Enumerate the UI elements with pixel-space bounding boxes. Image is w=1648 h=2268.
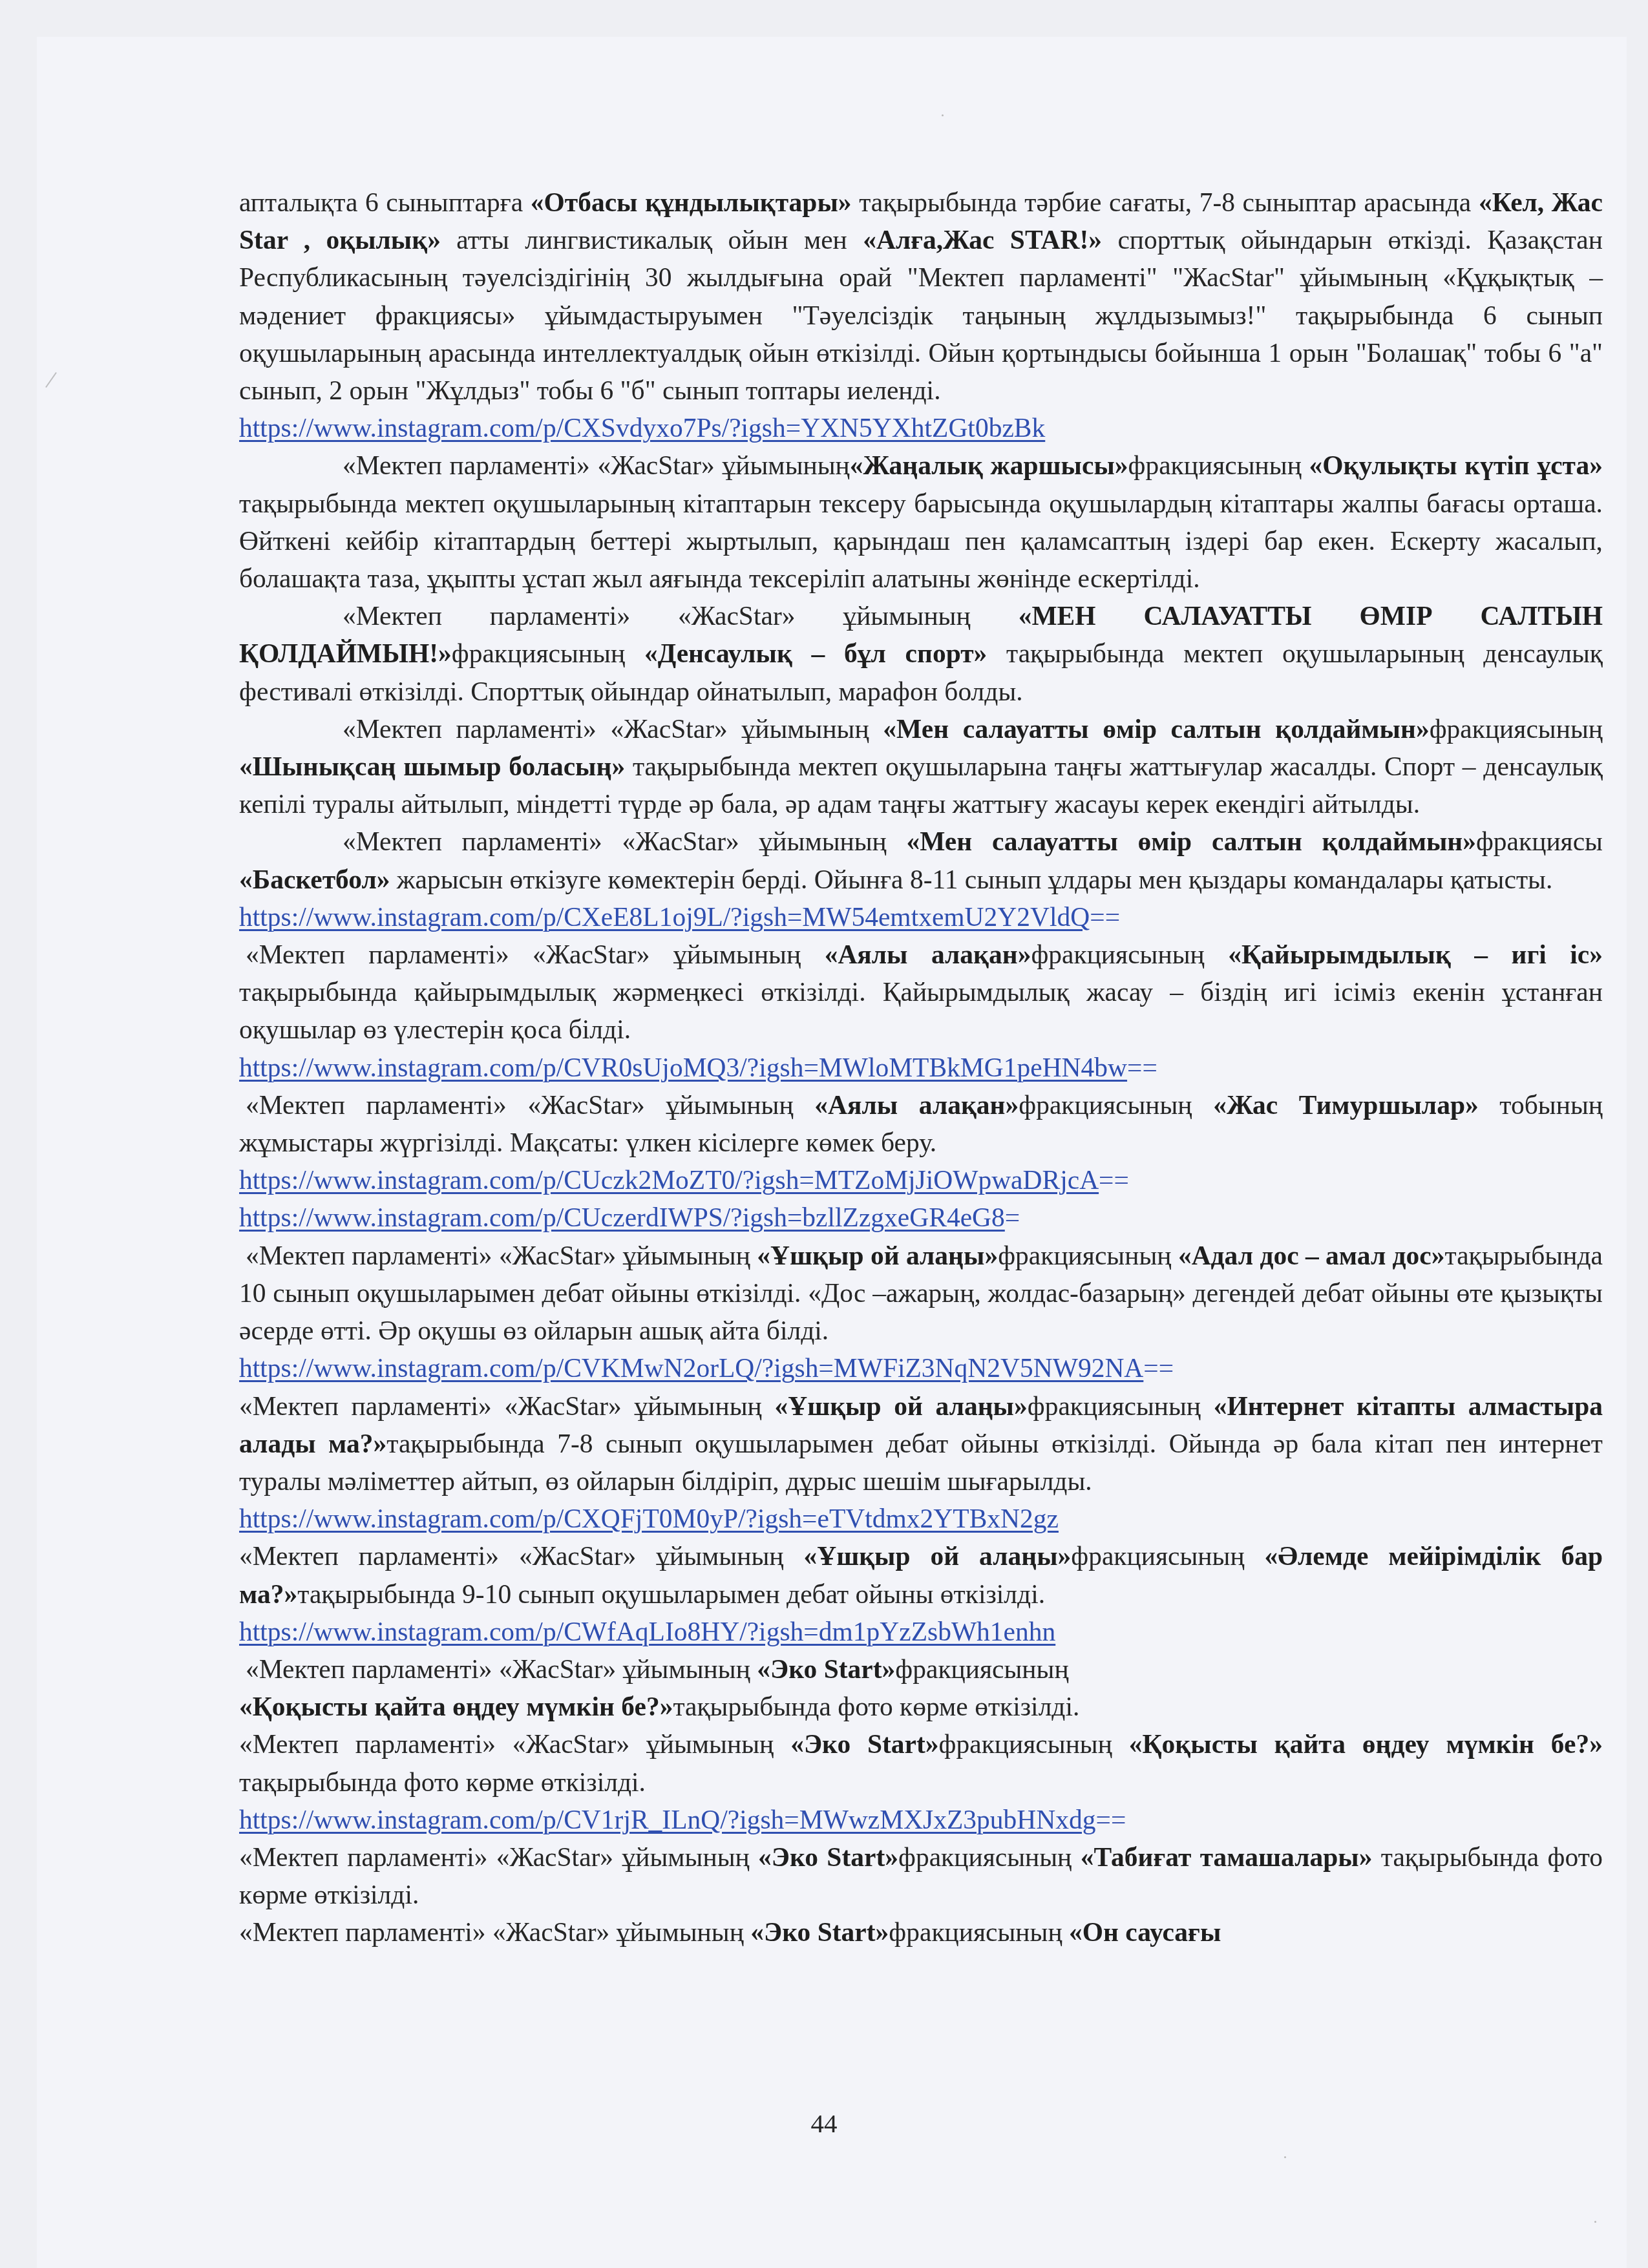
text-run: фракциясының xyxy=(1430,714,1603,744)
instagram-link[interactable]: https://www.instagram.com/p/CXeE8L1oj9L/… xyxy=(239,902,1090,932)
text-run: «Мектеп парламенті» «ЖасStar» ұйымының xyxy=(239,1729,790,1759)
paragraph: «Мектеп парламенті» «ЖасStar» ұйымының «… xyxy=(239,710,1603,823)
text-run: фракциясының xyxy=(1128,450,1309,480)
bold-title: «Эко Start» xyxy=(790,1729,938,1759)
text-run: тақырыбында тәрбие сағаты, 7-8 сыныптар … xyxy=(852,187,1479,217)
text-run: «Мектеп парламенті» «ЖасStar» ұйымының xyxy=(246,1090,814,1120)
document-body: апталықта 6 сыныптарға «Отбасы құндылықт… xyxy=(239,184,1603,1951)
instagram-link[interactable]: https://www.instagram.com/p/CXQFjT0M0yP/… xyxy=(239,1504,1059,1533)
bold-title: «Аялы алақан» xyxy=(814,1090,1019,1120)
paragraph: «Мектеп парламенті» «ЖасStar» ұйымының «… xyxy=(239,597,1603,710)
text-run: «Мектеп парламенті» «ЖасStar» ұйымының xyxy=(343,601,1019,631)
pen-mark xyxy=(45,372,57,388)
paragraph: «Қоқысты қайта өңдеу мүмкін бе?»тақырыбы… xyxy=(239,1688,1603,1725)
text-run: фракциясының xyxy=(1071,1541,1264,1571)
bold-title: «Қоқысты қайта өңдеу мүмкін бе?» xyxy=(239,1692,673,1721)
paragraph: «Мектеп парламенті» «ЖасStar» ұйымының «… xyxy=(239,1838,1603,1913)
text-run: фракциясы xyxy=(1476,826,1603,856)
instagram-link[interactable]: https://www.instagram.com/p/CVKMwN2orLQ/… xyxy=(239,1353,1143,1383)
link-suffix: == xyxy=(1099,1165,1129,1195)
link-line: https://www.instagram.com/p/CUczk2MoZT0/… xyxy=(239,1161,1603,1199)
text-run: фракциясының xyxy=(889,1917,1069,1947)
text-run: «Мектеп парламенті» «ЖасStar» ұйымының xyxy=(343,826,907,856)
bold-title: «Қоқысты қайта өңдеу мүмкін бе?» xyxy=(1129,1729,1603,1759)
scan-speck xyxy=(1594,2221,1596,2223)
link-line: https://www.instagram.com/p/CXQFjT0M0yP/… xyxy=(239,1500,1603,1537)
text-run: «Мектеп парламенті» «ЖасStar» ұйымының xyxy=(343,714,883,744)
text-run: «Мектеп парламенті» «ЖасStar» ұйымының xyxy=(246,1654,757,1684)
instagram-link[interactable]: https://www.instagram.com/p/CV1rjR_ILnQ/… xyxy=(239,1805,1096,1834)
link-line: https://www.instagram.com/p/CVKMwN2orLQ/… xyxy=(239,1349,1603,1387)
bold-title: «Оқулықты күтіп ұста» xyxy=(1309,450,1603,480)
paragraph: «Мектеп парламенті» «ЖасStar» ұйымының «… xyxy=(239,1725,1603,1800)
link-suffix: = xyxy=(1005,1202,1020,1232)
bold-title: «Мен салауатты өмір салтын қолдаймын» xyxy=(907,826,1476,856)
text-run: тақырыбында мектеп оқушыларының кітаптар… xyxy=(239,488,1603,593)
paragraph: «Мектеп парламенті» «ЖасStar» ұйымының «… xyxy=(239,1913,1603,1951)
text-run: тақырыбында қайырымдылық жәрмеңкесі өткі… xyxy=(239,977,1603,1044)
bold-title: «Жаңалық жаршысы» xyxy=(850,450,1128,480)
text-run: «Мектеп парламенті» «ЖасStar» ұйымының xyxy=(343,450,850,480)
text-run: жарысын өткізуге көмектерін берді. Ойынғ… xyxy=(390,865,1552,894)
paragraph: «Мектеп парламенті» «ЖасStar» ұйымының «… xyxy=(239,1650,1603,1688)
bold-title: «Ұшқыр ой алаңы» xyxy=(803,1541,1071,1571)
bold-title: «Ұшқыр ой алаңы» xyxy=(757,1241,998,1270)
text-run: фракциясының xyxy=(1031,940,1228,969)
text-run: «Мектеп парламенті» «ЖасStar» ұйымының xyxy=(239,1917,750,1947)
paragraph: «Мектеп парламенті» «ЖасStar» ұйымының «… xyxy=(239,936,1603,1049)
bold-title: «Адал дос – амал дос» xyxy=(1178,1241,1445,1270)
bold-title: «Аялы алақан» xyxy=(825,940,1031,969)
instagram-link[interactable]: https://www.instagram.com/p/CXSvdyxo7Ps/… xyxy=(239,413,1045,443)
bold-title: «Алға,Жас STAR!» xyxy=(863,225,1102,255)
instagram-link[interactable]: https://www.instagram.com/p/CUczk2MoZT0/… xyxy=(239,1165,1099,1195)
text-run: фракциясының xyxy=(898,1842,1081,1872)
text-run: тақырыбында фото көрме өткізілді. xyxy=(239,1767,646,1797)
text-run: тақырыбында фото көрме өткізілді. xyxy=(673,1692,1079,1721)
bold-title: «Жас Тимуршылар» xyxy=(1213,1090,1479,1120)
instagram-link[interactable]: https://www.instagram.com/p/CUczerdIWPS/… xyxy=(239,1202,1005,1232)
bold-title: «Эко Start» xyxy=(750,1917,889,1947)
instagram-link[interactable]: https://www.instagram.com/p/CWfAqLIo8HY/… xyxy=(239,1617,1055,1646)
bold-title: «Эко Start» xyxy=(757,1654,895,1684)
link-line: https://www.instagram.com/p/CXeE8L1oj9L/… xyxy=(239,898,1603,936)
text-run: тақырыбында 7-8 сынып оқушыларымен дебат… xyxy=(239,1429,1603,1496)
text-run: фракциясының xyxy=(998,1241,1178,1270)
paragraph: «Мектеп парламенті» «ЖасStar» ұйымының «… xyxy=(239,1237,1603,1350)
scan-speck xyxy=(942,114,944,116)
text-run: «Мектеп парламенті» «ЖасStar» ұйымының xyxy=(239,1391,774,1421)
paragraph: «Мектеп парламенті» «ЖасStar» ұйымының «… xyxy=(239,1086,1603,1161)
text-run: «Мектеп парламенті» «ЖасStar» ұйымының xyxy=(239,1842,758,1872)
text-run: «Мектеп парламенті» «ЖасStar» ұйымының xyxy=(239,1541,803,1571)
text-run: атты лингвистикалық ойын мен xyxy=(441,225,863,255)
text-run: фракциясының xyxy=(452,638,644,668)
link-line: https://www.instagram.com/p/CXSvdyxo7Ps/… xyxy=(239,409,1603,446)
paragraph: «Мектеп парламенті» «ЖасStar» ұйымының «… xyxy=(239,1537,1603,1612)
link-line: https://www.instagram.com/p/CWfAqLIo8HY/… xyxy=(239,1613,1603,1650)
bold-title: «Денсаулық – бұл спорт» xyxy=(644,638,987,668)
paragraph: апталықта 6 сыныптарға «Отбасы құндылықт… xyxy=(239,184,1603,409)
text-run: «Мектеп парламенті» «ЖасStar» ұйымының xyxy=(246,1241,757,1270)
link-suffix: == xyxy=(1090,902,1120,932)
bold-title: «Табиғат тамашалары» xyxy=(1081,1842,1373,1872)
paragraph: «Мектеп парламенті» «ЖасStar» ұйымының «… xyxy=(239,823,1603,898)
paragraph: «Мектеп парламенті» «ЖасStar» ұйымының«Ж… xyxy=(239,446,1603,597)
text-run: фракциясының xyxy=(1019,1090,1213,1120)
page-number: 44 xyxy=(0,2108,1648,2139)
text-run: фракциясының xyxy=(939,1729,1129,1759)
text-run: тақырыбында 9-10 сынып оқушыларымен деба… xyxy=(297,1579,1045,1609)
instagram-link[interactable]: https://www.instagram.com/p/CVR0sUjoMQ3/… xyxy=(239,1053,1127,1082)
bold-title: «Он саусағы xyxy=(1069,1917,1221,1947)
link-line: https://www.instagram.com/p/CUczerdIWPS/… xyxy=(239,1199,1603,1236)
link-suffix: == xyxy=(1127,1053,1157,1082)
bold-title: «Отбасы құндылықтары» xyxy=(531,187,852,217)
link-line: https://www.instagram.com/p/CV1rjR_ILnQ/… xyxy=(239,1801,1603,1838)
text-run: фракциясының xyxy=(1028,1391,1214,1421)
link-suffix: == xyxy=(1096,1805,1126,1834)
text-run: «Мектеп парламенті» «ЖасStar» ұйымының xyxy=(246,940,825,969)
scan-speck xyxy=(1284,2156,1286,2158)
text-run: фракциясының xyxy=(895,1654,1068,1684)
bold-title: «Баскетбол» xyxy=(239,865,390,894)
bold-title: «Ұшқыр ой алаңы» xyxy=(774,1391,1027,1421)
bold-title: «Қайырымдылық – игі іс» xyxy=(1228,940,1603,969)
bold-title: «Шынықсаң шымыр боласың» xyxy=(239,751,625,781)
link-suffix: == xyxy=(1143,1353,1174,1383)
bold-title: «Эко Start» xyxy=(758,1842,898,1872)
bold-title: «Мен салауатты өмір салтын қолдаймын» xyxy=(883,714,1429,744)
paragraph: «Мектеп парламенті» «ЖасStar» ұйымының «… xyxy=(239,1387,1603,1500)
text-run: апталықта 6 сыныптарға xyxy=(239,187,531,217)
link-line: https://www.instagram.com/p/CVR0sUjoMQ3/… xyxy=(239,1049,1603,1086)
